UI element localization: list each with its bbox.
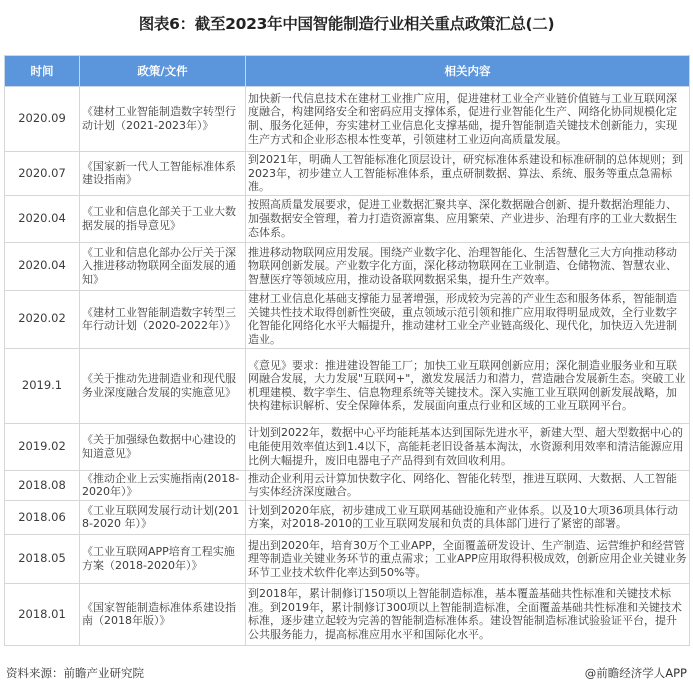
cell-policy: 《国家智能制造标准体系建设指南（2018年版）》 [80, 583, 246, 645]
column-header-content: 相关内容 [246, 56, 690, 87]
cell-content: 计划到2022年，数据中心平均能耗基本达到国际先进水平，新建大型、超大型数据中心… [246, 423, 690, 470]
credit-note: @前瞻经济学人APP [585, 665, 687, 681]
figure-title: 图表6：截至2023年中国智能制造行业相关重点政策汇总(二) [0, 12, 693, 34]
policy-table: 时间 政策/文件 相关内容 2020.09《建材工业智能制造数字转型行动计划（2… [4, 55, 690, 646]
cell-time: 2020.04 [5, 242, 80, 290]
cell-policy: 《工业互联网APP培育工程实施方案（2018-2020年）》 [80, 534, 246, 583]
cell-content: 《意见》要求：推进建设智能工厂；加快工业互联网创新应用；深化制造业服务业和互联网… [246, 348, 690, 423]
cell-policy: 《推动企业上云实施指南(2018-2020年）》 [80, 470, 246, 500]
cell-time: 2020.02 [5, 290, 80, 348]
table-row: 2018.05《工业互联网APP培育工程实施方案（2018-2020年）》提出到… [5, 534, 690, 583]
cell-time: 2020.09 [5, 87, 80, 152]
cell-content: 到2018年，累计制修订150项以上智能制造标准，基本覆盖基础共性标准和关键技术… [246, 583, 690, 645]
table-row: 2020.04《工业和信息化部办公厅关于深入推进移动物联网全面发展的通知》推进移… [5, 242, 690, 290]
cell-policy: 《工业互联网发展行动计划(2018-2020 年）》 [80, 500, 246, 534]
cell-time: 2019.02 [5, 423, 80, 470]
table-row: 2018.08《推动企业上云实施指南(2018-2020年）》推动企业利用云计算… [5, 470, 690, 500]
cell-time: 2020.07 [5, 152, 80, 196]
cell-content: 推动企业利用云计算加快数字化、网络化、智能化转型，推进互联网、大数据、人工智能与… [246, 470, 690, 500]
table-row: 2020.07《国家新一代人工智能标准体系建设指南》到2021年，明确人工智能标… [5, 152, 690, 196]
cell-time: 2020.04 [5, 195, 80, 242]
cell-time: 2018.06 [5, 500, 80, 534]
cell-content: 提出到2020年，培育30万个工业APP，全面覆盖研发设计、生产制造、运营维护和… [246, 534, 690, 583]
cell-content: 计划到2020年底，初步建成工业互联网基础设施和产业体系。以及10大项36项具体… [246, 500, 690, 534]
cell-policy: 《关于加强绿色数据中心建设的知道意见》 [80, 423, 246, 470]
table-row: 2018.01《国家智能制造标准体系建设指南（2018年版）》到2018年，累计… [5, 583, 690, 645]
cell-policy: 《关于推动先进制造业和现代服务业深度融合发展的实施意见》 [80, 348, 246, 423]
cell-content: 推进移动物联网应用发展。围绕产业数字化、治理智能化、生活智慧化三大方向推动移动物… [246, 242, 690, 290]
cell-policy: 《建材工业智能制造数字转型三年行动计划（2020-2022年）》 [80, 290, 246, 348]
table-body: 2020.09《建材工业智能制造数字转型行动计划（2021-2023年）》加快新… [5, 87, 690, 646]
table-row: 2020.02《建材工业智能制造数字转型三年行动计划（2020-2022年）》建… [5, 290, 690, 348]
source-note: 资料来源：前瞻产业研究院 [6, 665, 144, 681]
table-row: 2020.09《建材工业智能制造数字转型行动计划（2021-2023年）》加快新… [5, 87, 690, 152]
cell-content: 到2021年，明确人工智能标准化顶层设计，研究标准体系建设和标准研制的总体规则；… [246, 152, 690, 196]
table-header-row: 时间 政策/文件 相关内容 [5, 56, 690, 87]
cell-policy: 《工业和信息化部办公厅关于深入推进移动物联网全面发展的通知》 [80, 242, 246, 290]
cell-time: 2018.08 [5, 470, 80, 500]
table-row: 2018.06《工业互联网发展行动计划(2018-2020 年）》计划到2020… [5, 500, 690, 534]
cell-policy: 《建材工业智能制造数字转型行动计划（2021-2023年）》 [80, 87, 246, 152]
table-row: 2019.02《关于加强绿色数据中心建设的知道意见》计划到2022年，数据中心平… [5, 423, 690, 470]
table-row: 2020.04《工业和信息化部关于工业大数据发展的指导意见》按照高质量发展要求，… [5, 195, 690, 242]
cell-policy: 《国家新一代人工智能标准体系建设指南》 [80, 152, 246, 196]
cell-time: 2018.05 [5, 534, 80, 583]
cell-time: 2018.01 [5, 583, 80, 645]
cell-content: 按照高质量发展要求，促进工业数据汇聚共享、深化数据融合创新、提升数据治理能力、加… [246, 195, 690, 242]
cell-content: 建材工业信息化基础支撑能力显著增强，形成较为完善的产业生态和服务体系，智能制造关… [246, 290, 690, 348]
table-row: 2019.1《关于推动先进制造业和现代服务业深度融合发展的实施意见》《意见》要求… [5, 348, 690, 423]
cell-policy: 《工业和信息化部关于工业大数据发展的指导意见》 [80, 195, 246, 242]
column-header-time: 时间 [5, 56, 80, 87]
column-header-policy: 政策/文件 [80, 56, 246, 87]
cell-content: 加快新一代信息技术在建材工业推广应用，促进建材工业全产业链价值链与工业互联网深度… [246, 87, 690, 152]
cell-time: 2019.1 [5, 348, 80, 423]
